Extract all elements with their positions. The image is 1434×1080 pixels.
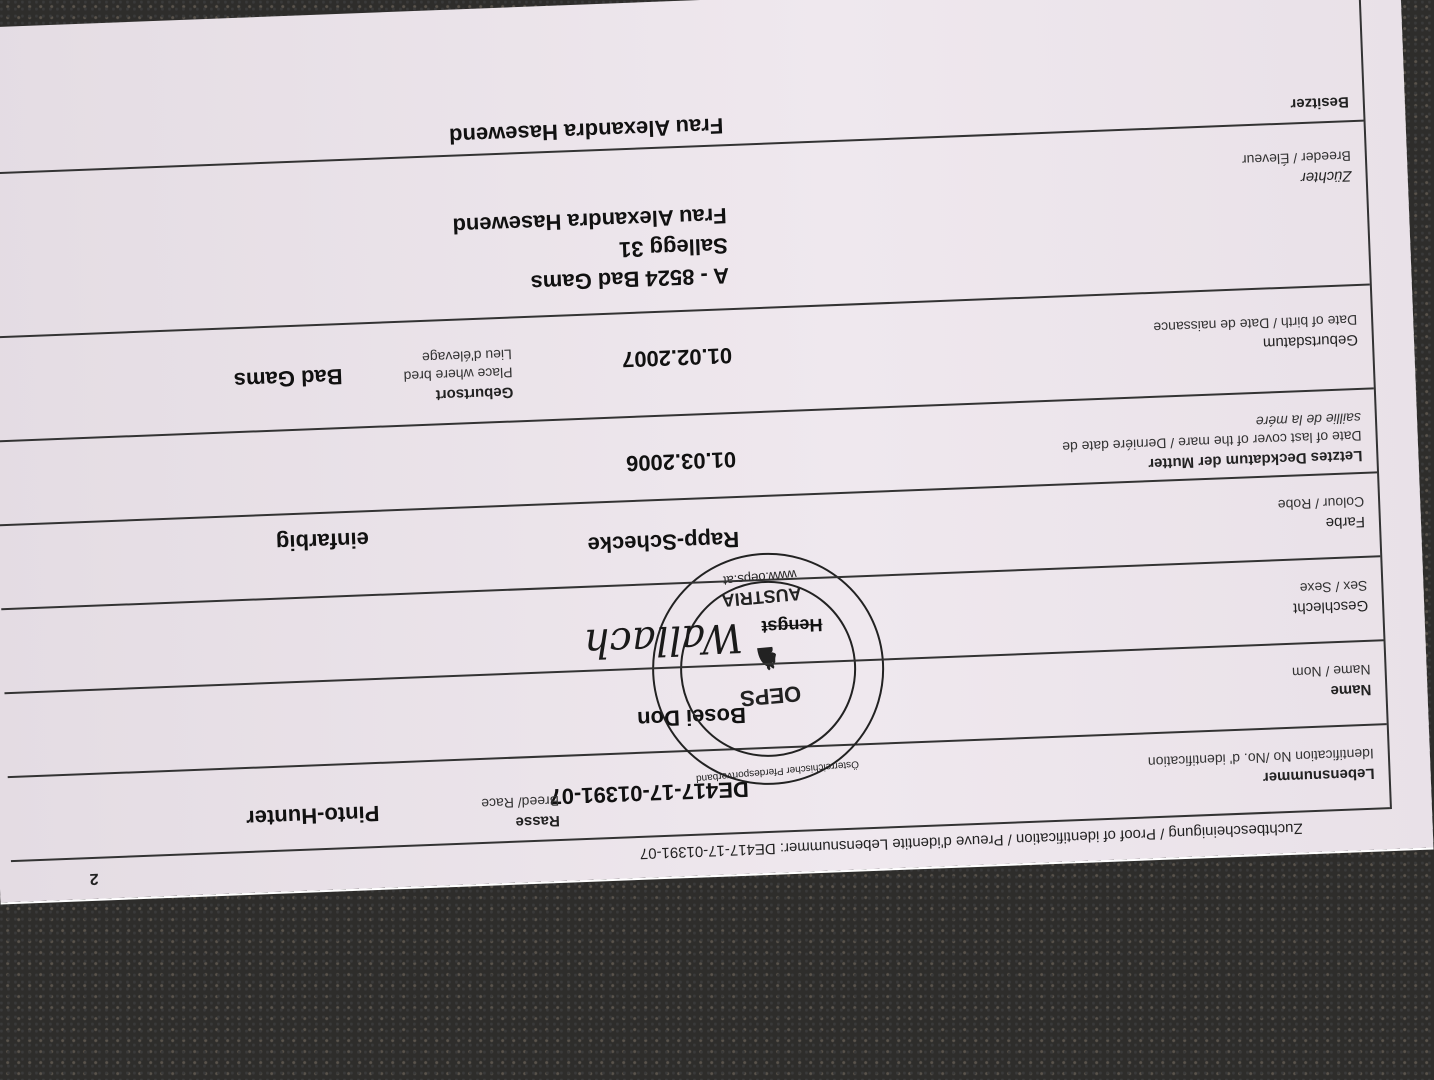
value-deckdatum: 01.03.2006 [626,446,737,476]
sublabel-rasse: Breed/ Race [481,793,559,812]
page-number: 2 [89,869,99,887]
value-rasse: Pinto-Hunter [246,800,380,831]
identification-document-page: Zuchtbescheinigung / Proof of identifica… [0,0,1433,903]
label-geschlecht: Geschlecht [1293,597,1369,617]
value-zuechter-address-3: A - 8524 Bad Gams [530,262,729,296]
sublabel-geburtsort: Place where bred [403,364,512,384]
label-geburtsdatum: Geburtsdatum [1263,331,1359,352]
sublabel-geburtsort-2: Lieu d'élevage [422,346,512,365]
value-farbe-2: einfarbig [276,526,370,556]
label-zuechter: Züchter [1300,167,1351,186]
value-farbe: Rapp-Schecke [587,526,740,558]
value-geburtsdatum: 01.02.2007 [622,342,733,372]
sublabel-zuechter: Breeder / Éleveur [1242,148,1351,168]
label-geburtsort: Geburtsort [436,383,514,403]
label-lebensnummer: Lebensnummer [1263,765,1375,786]
value-besitzer: Frau Alexandra Hasewend [449,112,724,149]
value-geschlecht-handwritten: Wallach [583,614,744,666]
sublabel-geschlecht: Sex / Sexe [1299,578,1367,597]
value-zuechter-address-2: Sallegg 31 [619,232,729,262]
stamp-logo: OEPS [684,675,858,716]
value-geschlecht-struck: Hengst [761,614,823,637]
label-besitzer: Besitzer [1290,93,1349,112]
label-farbe: Farbe [1325,513,1365,531]
sublabel-name: Name / Nom [1292,662,1371,681]
label-rasse: Rasse [515,812,560,831]
sublabel-deckdatum-2: saillie de la mére [1256,410,1362,430]
sublabel-farbe: Colour / Robe [1278,494,1365,513]
value-geburtsort: Bad Gams [233,363,343,393]
rotated-document-stage: Zuchtbescheinigung / Proof of identifica… [0,0,1434,1080]
identification-form: Lebensnummer Identification No /No. d' i… [19,0,1392,861]
label-name: Name [1330,681,1371,700]
